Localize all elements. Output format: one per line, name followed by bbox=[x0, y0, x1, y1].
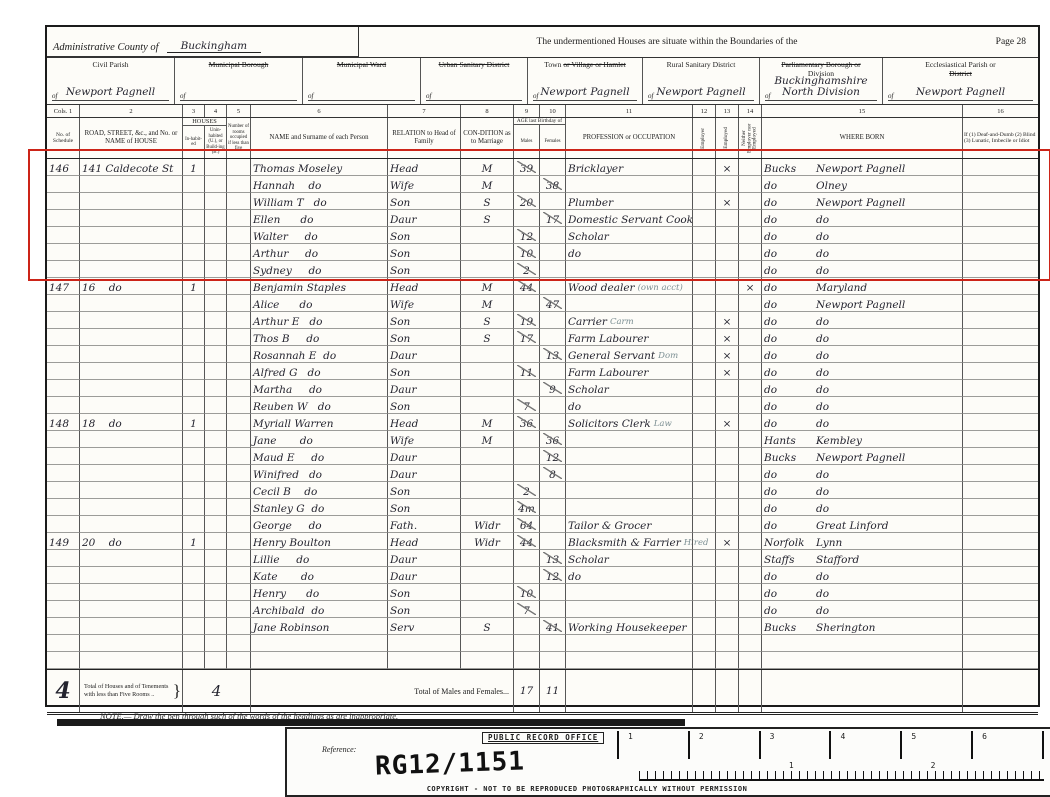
cell-neither bbox=[738, 414, 761, 431]
cell-age-female bbox=[539, 652, 565, 669]
cell-schedule bbox=[47, 363, 79, 380]
cell-neither bbox=[738, 363, 761, 380]
cell-condition: M bbox=[460, 278, 513, 295]
cell-relation: Daur bbox=[387, 550, 460, 567]
occupation-text: do bbox=[568, 249, 581, 260]
cell-age-female bbox=[539, 584, 565, 601]
cell-infirmity bbox=[962, 176, 1038, 193]
cell-address bbox=[79, 601, 182, 618]
column-header-band: No. of Schedule ROAD, STREET, &c., and N… bbox=[47, 118, 1038, 159]
cell-employed bbox=[715, 618, 738, 635]
cell-employer bbox=[692, 380, 715, 397]
census-row: Alfred G doSon11Farm Labourer×dodo bbox=[47, 363, 1038, 380]
header-rooms: Number of rooms occupied if less than fi… bbox=[226, 118, 250, 158]
cell-occupation bbox=[565, 295, 692, 312]
cell-where-born: dodo bbox=[761, 482, 962, 499]
cell-inhabited bbox=[182, 363, 204, 380]
cell-where-born: doGreat Linford bbox=[761, 516, 962, 533]
cell-name-text: Thomas Moseley bbox=[253, 164, 342, 175]
cell-age-female bbox=[539, 516, 565, 533]
census-row: Hannah doWifeM38doOlney bbox=[47, 176, 1038, 193]
cell-condition: M bbox=[460, 431, 513, 448]
cell-inhabited: 1 bbox=[182, 533, 204, 550]
cell-address bbox=[79, 618, 182, 635]
cell-inhabited bbox=[182, 176, 204, 193]
cell-age-female bbox=[539, 635, 565, 652]
cell-uninhabited bbox=[204, 397, 226, 414]
cell-inhabited bbox=[182, 210, 204, 227]
cell-infirmity bbox=[962, 465, 1038, 482]
born-place: do bbox=[816, 334, 829, 345]
ruler-number: 6 bbox=[971, 731, 1042, 759]
cell-uninhabited bbox=[204, 244, 226, 261]
cell-name-text: Maud E do bbox=[253, 453, 324, 464]
cell-name-text: Kate do bbox=[253, 572, 314, 583]
cell-employed bbox=[715, 210, 738, 227]
cell-employed bbox=[715, 516, 738, 533]
cell-relation-text: Son bbox=[390, 504, 410, 515]
census-row: 14716 do1Benjamin StaplesHeadM44Wood dea… bbox=[47, 278, 1038, 295]
cell-schedule: 146 bbox=[47, 159, 79, 176]
cell-address-text: 20 do bbox=[82, 538, 122, 549]
ruler-lower-2: 2 bbox=[931, 761, 936, 770]
cell-employed bbox=[715, 278, 738, 295]
cell-occupation bbox=[565, 448, 692, 465]
born-county: do bbox=[764, 572, 816, 583]
cell-where-born: dodo bbox=[761, 397, 962, 414]
cell-condition-text: S bbox=[483, 334, 490, 345]
cell-employed-text: × bbox=[723, 351, 732, 362]
district-cell: Parliamentary Borough orDivision Bucking… bbox=[759, 58, 882, 104]
cell-infirmity bbox=[962, 312, 1038, 329]
cell-name: Martha do bbox=[250, 380, 387, 397]
cell-age-female: 17 bbox=[539, 210, 565, 227]
cell-where-born bbox=[761, 652, 962, 669]
cell-employer bbox=[692, 278, 715, 295]
cell-condition bbox=[460, 635, 513, 652]
district-label-plain: Rural Sanitary District bbox=[667, 60, 736, 69]
cell-schedule bbox=[47, 227, 79, 244]
cell-address: 141 Caldecote St bbox=[79, 159, 182, 176]
cell-employed bbox=[715, 244, 738, 261]
cell-rooms bbox=[226, 312, 250, 329]
cell-neither: × bbox=[738, 278, 761, 295]
occupation-annotation: Dom bbox=[658, 351, 678, 361]
cell-uninhabited bbox=[204, 329, 226, 346]
cell-name-text: Arthur do bbox=[253, 249, 318, 260]
totals-empty-cell bbox=[565, 670, 692, 712]
header-infirmity: If (1) Deaf-and-Dumb (2) Blind (3) Lunat… bbox=[962, 118, 1038, 158]
cell-rooms bbox=[226, 278, 250, 295]
cell-uninhabited bbox=[204, 618, 226, 635]
tally-stroke bbox=[543, 297, 562, 309]
cell-neither bbox=[738, 380, 761, 397]
born-place: do bbox=[816, 606, 829, 617]
cell-condition-text: M bbox=[482, 283, 493, 294]
census-row bbox=[47, 652, 1038, 669]
cell-neither bbox=[738, 635, 761, 652]
cell-address bbox=[79, 584, 182, 601]
cell-occupation: General ServantDom bbox=[565, 346, 692, 363]
cell-name: Alfred G do bbox=[250, 363, 387, 380]
cell-condition bbox=[460, 567, 513, 584]
cell-inhabited bbox=[182, 329, 204, 346]
born-place: Olney bbox=[816, 181, 847, 192]
district-value-line: of bbox=[426, 87, 522, 101]
cell-rooms bbox=[226, 601, 250, 618]
cell-relation: Daur bbox=[387, 465, 460, 482]
cell-employer bbox=[692, 635, 715, 652]
cell-rooms bbox=[226, 210, 250, 227]
column-number: 2 bbox=[79, 105, 182, 117]
cell-uninhabited bbox=[204, 567, 226, 584]
cell-where-born: dodo bbox=[761, 227, 962, 244]
district-label-struck: Municipal Borough bbox=[209, 60, 269, 69]
district-label-struck: District bbox=[949, 69, 972, 78]
district-label-struck: Urban Sanitary District bbox=[439, 60, 510, 69]
cell-relation-text: Son bbox=[390, 266, 410, 277]
cell-employed: × bbox=[715, 193, 738, 210]
ruler-lower-1: 1 bbox=[789, 761, 794, 770]
cell-inhabited bbox=[182, 295, 204, 312]
cell-uninhabited bbox=[204, 363, 226, 380]
cell-infirmity bbox=[962, 329, 1038, 346]
born-county: do bbox=[764, 198, 816, 209]
cell-name-text: Jane do bbox=[253, 436, 313, 447]
district-label: Urban Sanitary District bbox=[424, 60, 524, 69]
column-number: 14 bbox=[738, 105, 761, 117]
totals-schedule-value: 4 bbox=[55, 680, 70, 702]
cell-employed bbox=[715, 227, 738, 244]
born-place: do bbox=[816, 572, 829, 583]
cell-neither bbox=[738, 210, 761, 227]
cell-age-male bbox=[513, 652, 539, 669]
of-label: of bbox=[52, 92, 57, 100]
district-cell: Municipal Wardof bbox=[302, 58, 420, 104]
cell-age-female: 41 bbox=[539, 618, 565, 635]
cell-age-male bbox=[513, 567, 539, 584]
cell-age-male bbox=[513, 465, 539, 482]
cell-address bbox=[79, 261, 182, 278]
cell-schedule bbox=[47, 193, 79, 210]
cell-schedule-text: 146 bbox=[49, 164, 69, 175]
header-neither: Neither Employer nor Employed bbox=[738, 118, 761, 158]
cell-inhabited bbox=[182, 482, 204, 499]
cell-age-male: 64 bbox=[513, 516, 539, 533]
district-label: Municipal Ward bbox=[306, 60, 417, 69]
tally-stroke bbox=[517, 229, 536, 241]
district-label: District bbox=[886, 69, 1035, 78]
cell-relation: Daur bbox=[387, 380, 460, 397]
cell-inhabited bbox=[182, 261, 204, 278]
district-label: Municipal Borough bbox=[178, 60, 299, 69]
cell-name: Walter do bbox=[250, 227, 387, 244]
cell-rooms bbox=[226, 652, 250, 669]
cell-age-female: 13 bbox=[539, 550, 565, 567]
cell-occupation: Tailor & Grocer bbox=[565, 516, 692, 533]
census-row: Cecil B doSon2dodo bbox=[47, 482, 1038, 499]
cell-relation-text: Head bbox=[390, 419, 418, 430]
cell-condition-text: S bbox=[483, 623, 490, 634]
cell-where-born: dodo bbox=[761, 567, 962, 584]
column-number: 9 bbox=[513, 105, 539, 117]
cell-where-born: BucksSherington bbox=[761, 618, 962, 635]
born-place: Newport Pagnell bbox=[816, 453, 905, 464]
cell-neither bbox=[738, 652, 761, 669]
cell-where-born bbox=[761, 635, 962, 652]
census-row: Thos B doSonS17Farm Labourer×dodo bbox=[47, 329, 1038, 346]
census-row: Henry doSon10dodo bbox=[47, 584, 1038, 601]
cell-occupation bbox=[565, 431, 692, 448]
cell-schedule bbox=[47, 346, 79, 363]
district-value-line: ofNewport Pagnell bbox=[888, 87, 1033, 101]
admin-county-box: Administrative County of Buckingham bbox=[47, 27, 359, 57]
cell-where-born: doMaryland bbox=[761, 278, 962, 295]
tally-stroke bbox=[517, 263, 536, 275]
cell-name: Myriall Warren bbox=[250, 414, 387, 431]
cell-where-born: dodo bbox=[761, 346, 962, 363]
cell-infirmity bbox=[962, 448, 1038, 465]
district-cell: Town or Village or HamletofNewport Pagne… bbox=[527, 58, 642, 104]
header-schedule: No. of Schedule bbox=[47, 118, 79, 158]
cell-address bbox=[79, 329, 182, 346]
born-place: do bbox=[816, 589, 829, 600]
cell-schedule: 148 bbox=[47, 414, 79, 431]
tally-stroke bbox=[517, 314, 536, 326]
cell-inhabited bbox=[182, 601, 204, 618]
cell-age-male bbox=[513, 448, 539, 465]
cell-relation: Son bbox=[387, 499, 460, 516]
cell-where-born: dodo bbox=[761, 380, 962, 397]
cell-schedule bbox=[47, 312, 79, 329]
born-place: Sherington bbox=[816, 623, 875, 634]
cell-inhabited bbox=[182, 516, 204, 533]
cell-infirmity bbox=[962, 414, 1038, 431]
cell-occupation: Scholar bbox=[565, 227, 692, 244]
cell-age-female bbox=[539, 482, 565, 499]
cell-infirmity bbox=[962, 533, 1038, 550]
born-county: Bucks bbox=[764, 453, 816, 464]
cell-occupation: CarrierCarm bbox=[565, 312, 692, 329]
census-row: Martha doDaur9Scholardodo bbox=[47, 380, 1038, 397]
ruler-number: 4 bbox=[829, 731, 900, 759]
cell-employed-text: × bbox=[723, 198, 732, 209]
cell-age-male bbox=[513, 618, 539, 635]
district-value: Newport Pagnell bbox=[656, 86, 745, 98]
of-label: of bbox=[308, 92, 313, 100]
cell-relation-text: Son bbox=[390, 232, 410, 243]
cell-where-born: BucksNewport Pagnell bbox=[761, 159, 962, 176]
born-county: do bbox=[764, 589, 816, 600]
cell-name-text: Lillie do bbox=[253, 555, 309, 566]
ruler-number: 2 bbox=[688, 731, 759, 759]
cell-age-female bbox=[539, 261, 565, 278]
cell-name-text: Hannah do bbox=[253, 181, 321, 192]
born-county: do bbox=[764, 181, 816, 192]
totals-schedule-cell: 4 bbox=[47, 670, 79, 712]
cell-name-text: Cecil B do bbox=[253, 487, 317, 498]
cell-rooms bbox=[226, 244, 250, 261]
cell-condition bbox=[460, 499, 513, 516]
cell-schedule bbox=[47, 431, 79, 448]
cell-employer bbox=[692, 193, 715, 210]
census-row: Archibald doSon7dodo bbox=[47, 601, 1038, 618]
cell-condition-text: M bbox=[482, 181, 493, 192]
born-county: Bucks bbox=[764, 164, 816, 175]
cell-inhabited-text: 1 bbox=[190, 538, 197, 549]
census-row: Reuben W doSon7dododo bbox=[47, 397, 1038, 414]
column-number: 7 bbox=[387, 105, 460, 117]
of-label: of bbox=[533, 92, 538, 100]
born-county: do bbox=[764, 606, 816, 617]
totals-houses-value-cell: 4 bbox=[182, 670, 250, 712]
cell-condition bbox=[460, 380, 513, 397]
cell-rooms bbox=[226, 431, 250, 448]
cell-neither-text: × bbox=[746, 283, 755, 294]
cell-occupation: Scholar bbox=[565, 380, 692, 397]
of-label: of bbox=[648, 92, 653, 100]
tally-stroke bbox=[543, 620, 562, 632]
cell-neither bbox=[738, 227, 761, 244]
cell-uninhabited bbox=[204, 227, 226, 244]
district-label-plain: Town bbox=[544, 60, 563, 69]
cell-schedule bbox=[47, 176, 79, 193]
cell-where-born: dodo bbox=[761, 499, 962, 516]
tally-stroke bbox=[517, 399, 536, 411]
cell-condition: M bbox=[460, 176, 513, 193]
district-value-line: ofNewport Pagnell bbox=[648, 87, 754, 101]
occupation-text: Carrier bbox=[568, 317, 607, 328]
cell-name: Henry do bbox=[250, 584, 387, 601]
cell-schedule bbox=[47, 499, 79, 516]
cell-neither bbox=[738, 193, 761, 210]
cell-infirmity bbox=[962, 346, 1038, 363]
cell-where-born: HantsKembley bbox=[761, 431, 962, 448]
header-name: NAME and Surname of each Person bbox=[250, 118, 387, 158]
cell-name bbox=[250, 635, 387, 652]
cell-where-born: dodo bbox=[761, 312, 962, 329]
cell-uninhabited bbox=[204, 533, 226, 550]
cell-relation-text: Head bbox=[390, 283, 418, 294]
cell-condition-text: M bbox=[482, 436, 493, 447]
cell-address bbox=[79, 397, 182, 414]
cell-rooms bbox=[226, 584, 250, 601]
cell-relation: Head bbox=[387, 533, 460, 550]
cell-schedule: 149 bbox=[47, 533, 79, 550]
cell-age-male: 44 bbox=[513, 278, 539, 295]
cell-infirmity bbox=[962, 295, 1038, 312]
census-row: Arthur doSon10dododo bbox=[47, 244, 1038, 261]
cell-relation-text: Wife bbox=[390, 181, 414, 192]
cell-name: Henry Boulton bbox=[250, 533, 387, 550]
cell-age-female bbox=[539, 397, 565, 414]
cell-employer bbox=[692, 533, 715, 550]
ruler-number: 3 bbox=[759, 731, 830, 759]
born-county: Hants bbox=[764, 436, 816, 447]
tally-stroke bbox=[517, 416, 536, 428]
cell-address bbox=[79, 550, 182, 567]
cell-inhabited bbox=[182, 448, 204, 465]
cell-employed bbox=[715, 465, 738, 482]
tally-stroke bbox=[543, 467, 562, 479]
cell-infirmity bbox=[962, 193, 1038, 210]
cell-age-male: 10 bbox=[513, 244, 539, 261]
cell-name: George do bbox=[250, 516, 387, 533]
tally-stroke bbox=[517, 161, 536, 173]
pro-office-label: PUBLIC RECORD OFFICE bbox=[482, 732, 604, 744]
cell-schedule bbox=[47, 567, 79, 584]
cell-relation: Daur bbox=[387, 448, 460, 465]
cell-age-female: 12 bbox=[539, 448, 565, 465]
cell-name-text: Alfred G do bbox=[253, 368, 321, 379]
occupation-text: Scholar bbox=[568, 385, 609, 396]
header-inhabited: In-habit-ed bbox=[183, 126, 204, 158]
occupation-text: Solicitors Clerk bbox=[568, 419, 651, 430]
header-condition: CON-DITION as to Marriage bbox=[460, 118, 513, 158]
tally-stroke bbox=[517, 195, 536, 207]
cell-uninhabited bbox=[204, 278, 226, 295]
born-county: do bbox=[764, 368, 816, 379]
cell-name: Alice do bbox=[250, 295, 387, 312]
cell-address bbox=[79, 380, 182, 397]
cell-infirmity bbox=[962, 618, 1038, 635]
cell-uninhabited bbox=[204, 499, 226, 516]
cell-relation-text: Daur bbox=[390, 572, 416, 583]
cell-employed: × bbox=[715, 533, 738, 550]
cell-infirmity bbox=[962, 652, 1038, 669]
cell-name: Rosannah E do bbox=[250, 346, 387, 363]
cell-neither bbox=[738, 397, 761, 414]
cell-name-text: Thos B do bbox=[253, 334, 319, 345]
cell-employer bbox=[692, 448, 715, 465]
born-county: do bbox=[764, 419, 816, 430]
cell-employed-text: × bbox=[723, 334, 732, 345]
cell-relation: Daur bbox=[387, 210, 460, 227]
census-row: Lillie doDaur13ScholarStaffsStafford bbox=[47, 550, 1038, 567]
cell-employer bbox=[692, 346, 715, 363]
cell-neither bbox=[738, 516, 761, 533]
tally-stroke bbox=[517, 280, 536, 292]
cell-neither bbox=[738, 618, 761, 635]
cell-condition-text: S bbox=[483, 317, 490, 328]
district-label: Ecclesiastical Parish or bbox=[886, 60, 1035, 69]
cell-condition: Widr bbox=[460, 533, 513, 550]
cell-name: Arthur do bbox=[250, 244, 387, 261]
cell-name-text: Ellen do bbox=[253, 215, 313, 226]
scan-artifact-bar bbox=[57, 719, 685, 726]
cell-schedule bbox=[47, 465, 79, 482]
cell-name-text: Martha do bbox=[253, 385, 322, 396]
cell-relation: Son bbox=[387, 261, 460, 278]
header-employed: Employed bbox=[715, 118, 738, 158]
cell-uninhabited bbox=[204, 635, 226, 652]
totals-houses-value: 4 bbox=[212, 684, 222, 699]
cell-relation-text: Wife bbox=[390, 436, 414, 447]
born-place: do bbox=[816, 402, 829, 413]
cell-age-male: 19 bbox=[513, 312, 539, 329]
cell-uninhabited bbox=[204, 414, 226, 431]
cell-relation: Serv bbox=[387, 618, 460, 635]
cell-age-female: 12 bbox=[539, 567, 565, 584]
column-number: 4 bbox=[204, 105, 226, 117]
cell-condition bbox=[460, 397, 513, 414]
tally-stroke bbox=[517, 518, 536, 530]
cell-employed-text: × bbox=[723, 317, 732, 328]
cell-age-female bbox=[539, 329, 565, 346]
cell-employed: × bbox=[715, 312, 738, 329]
cell-inhabited bbox=[182, 550, 204, 567]
cell-condition bbox=[460, 448, 513, 465]
